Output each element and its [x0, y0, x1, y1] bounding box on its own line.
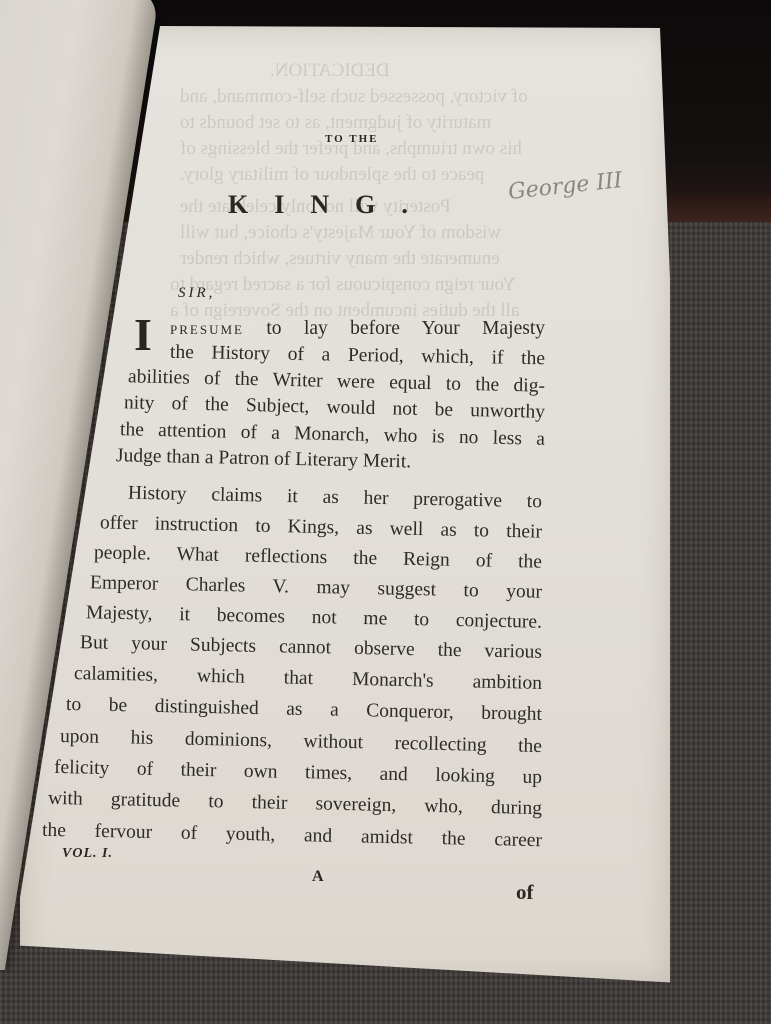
- volume-label: VOL. I.: [62, 846, 113, 862]
- catchword: of: [516, 880, 534, 905]
- show-through-line: Your reign conspicuous for a sacred rega…: [170, 272, 516, 298]
- pencil-annotation: George III: [507, 168, 624, 205]
- show-through-heading: DEDICATION.: [270, 58, 390, 84]
- show-through-line: peace to the splendour of military glory…: [180, 162, 484, 188]
- page-content: DEDICATION. of victory, possessed such s…: [0, 0, 771, 1024]
- show-through-line: wisdom of Your Majesty's choice, but wil…: [180, 220, 501, 246]
- signature-mark: A: [312, 868, 324, 886]
- heading-king: KING.: [228, 190, 434, 220]
- paragraph-line: Judge than a Patron of Literary Merit.: [116, 440, 477, 479]
- drop-cap: I: [134, 312, 152, 358]
- show-through-line: of victory, possessed such self-command,…: [180, 84, 528, 110]
- show-through-line: enumerate the many virtues, which render: [180, 246, 500, 272]
- heading-to-the: TO THE: [325, 133, 378, 145]
- salutation: SIR,: [178, 285, 215, 302]
